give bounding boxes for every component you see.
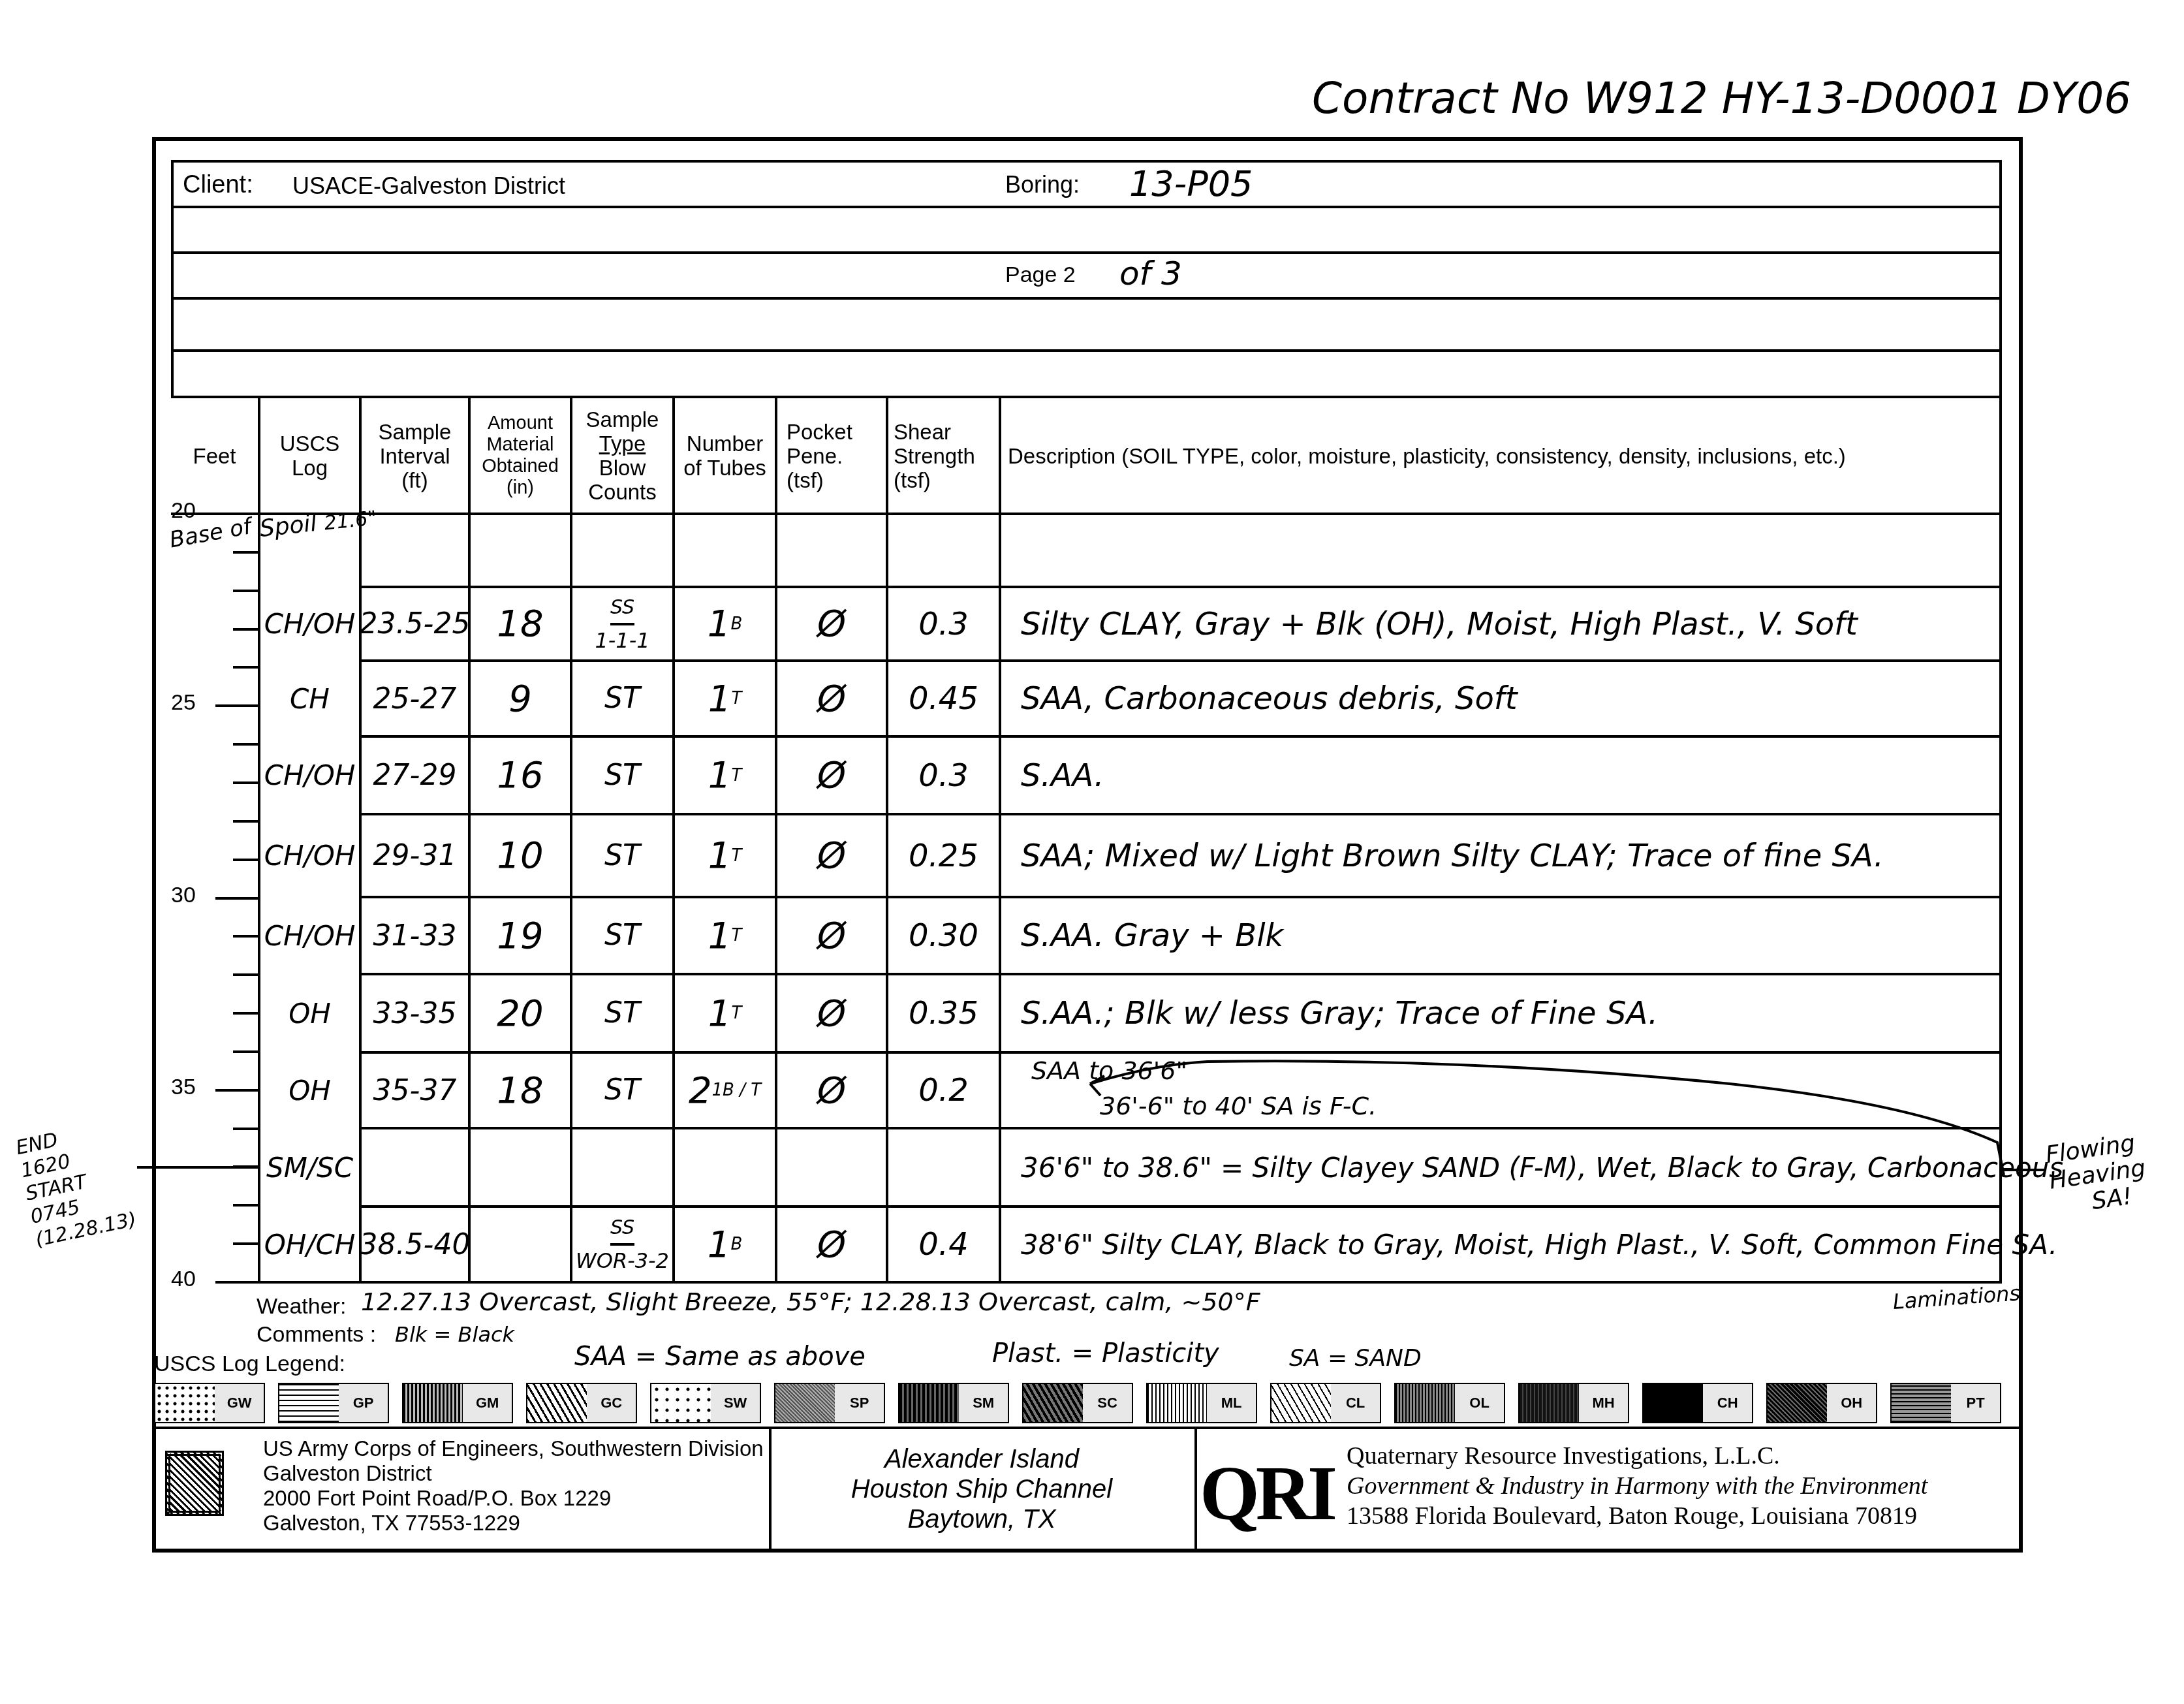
legend-item-sw: SW (650, 1383, 761, 1423)
cell-pocket: Ø (777, 588, 886, 659)
legend-code: GW (215, 1384, 264, 1422)
header-divider (171, 206, 2002, 208)
cell-pocket: Ø (777, 1054, 886, 1127)
cell-description: SAA; Mixed w/ Light Brown Silty CLAY; Tr… (1021, 815, 1993, 896)
cell-tubes: 1T (675, 975, 775, 1051)
cell-interval: 27-29 (362, 738, 468, 813)
cell-type (572, 1129, 672, 1205)
cell-interval: 23.5-25 (362, 588, 468, 659)
cell-amount (471, 1208, 570, 1281)
legend-code: GM (463, 1384, 512, 1422)
table-bottom (258, 1281, 2002, 1284)
depth-tick (215, 704, 258, 707)
depth-tick (233, 973, 258, 976)
depth-tick (233, 590, 258, 592)
cell-shear (888, 1129, 999, 1205)
boring-label: Boring: (1005, 171, 1080, 198)
legend-item-gm: GM (402, 1383, 513, 1423)
cell-type: SS1-1-1 (572, 588, 672, 659)
legend-swatch-diag-dark (1023, 1384, 1083, 1422)
col-shear-strength: ShearStrength(tsf) (888, 403, 999, 508)
cell-pocket (777, 515, 886, 586)
depth-tick (233, 820, 258, 823)
abbrev-sand: SA = SAND (1289, 1345, 1422, 1372)
depth-tick (233, 628, 258, 631)
cell-pocket: Ø (777, 815, 886, 896)
legend-code: OL (1455, 1384, 1504, 1422)
cell-pocket: Ø (777, 738, 886, 813)
left-margin-note: END 1620 START 0745 (12.28.13) (14, 1116, 140, 1252)
cell-tubes (675, 515, 775, 586)
cell-amount: 18 (471, 1054, 570, 1127)
cell-tubes: 1T (675, 662, 775, 735)
footer-divider (152, 1427, 2023, 1429)
legend-item-pt: PT (1890, 1383, 2001, 1423)
cell-shear: 0.2 (888, 1054, 999, 1127)
legend-code: GC (587, 1384, 636, 1422)
cell-interval: 35-37 (362, 1054, 468, 1127)
cell-amount (471, 1129, 570, 1205)
legend-swatch-grid (279, 1384, 339, 1422)
legend-label: USCS Log Legend: (154, 1351, 345, 1377)
depth-tick (233, 1204, 258, 1207)
legend-swatch-vert-dense (403, 1384, 463, 1422)
depth-tick (215, 513, 258, 515)
cell-type: ST (572, 975, 672, 1051)
legend-swatch-mesh (1396, 1384, 1455, 1422)
legend-swatch-horiz-lines (1892, 1384, 1951, 1422)
client-value: USACE-Galveston District (292, 172, 565, 200)
depth-label: 40 (171, 1267, 196, 1292)
legend-swatch-diag (527, 1384, 587, 1422)
cell-type: ST (572, 1054, 672, 1127)
cell-type (572, 515, 672, 586)
cell-pocket: Ø (777, 1208, 886, 1281)
cell-description: S.AA. Gray + Blk (1021, 898, 1993, 973)
header-divider (171, 349, 2002, 352)
depth-tick (215, 1089, 258, 1092)
legend-code: PT (1951, 1384, 2000, 1422)
depth-label: 30 (171, 883, 196, 908)
cell-shear: 0.3 (888, 588, 999, 659)
right-margin-line (2001, 1169, 2046, 1171)
legend-swatch-dots-sparse (651, 1384, 711, 1422)
comments-value: Blk = Black (395, 1322, 514, 1347)
cell-pocket: Ø (777, 975, 886, 1051)
legend-swatch-vert-dark (899, 1384, 959, 1422)
legend-swatch-diag-lines (1271, 1384, 1331, 1422)
cell-uscs: OH/CH (260, 1208, 359, 1281)
cell-description: Silty CLAY, Gray + Blk (OH), Moist, High… (1021, 588, 1993, 659)
col-description: Description (SOIL TYPE, color, moisture,… (1001, 403, 1999, 508)
depth-label: 20 (171, 498, 196, 524)
depth-label: 35 (171, 1075, 196, 1100)
usace-castle-logo (165, 1451, 224, 1516)
legend-code: CL (1331, 1384, 1380, 1422)
client-label: Client: (183, 171, 253, 199)
legend-code: SC (1083, 1384, 1132, 1422)
cell-uscs: SM/SC (260, 1129, 359, 1205)
cell-interval: 38.5-40 (362, 1208, 468, 1281)
cell-interval: 31-33 (362, 898, 468, 973)
arrow-annotation (1077, 1045, 2023, 1188)
qri-address: Quaternary Resource Investigations, L.L.… (1347, 1441, 1927, 1531)
cell-tubes: 1B (675, 588, 775, 659)
col-uscs-log: USCSLog (260, 403, 359, 508)
cell-type: ST (572, 738, 672, 813)
cell-description: S.AA. (1021, 738, 1993, 813)
cell-type: ST (572, 662, 672, 735)
legend-swatch-dots (155, 1384, 215, 1422)
abbrev-plast: Plast. = Plasticity (992, 1338, 1219, 1368)
cell-interval (362, 1129, 468, 1205)
weather-label: Weather: (257, 1294, 346, 1319)
legend-item-ml: ML (1146, 1383, 1257, 1423)
cell-amount: 19 (471, 898, 570, 973)
col-feet: Feet (171, 403, 258, 508)
legend-swatch-vert-lines (1147, 1384, 1207, 1422)
depth-tick (233, 743, 258, 746)
depth-tick (233, 666, 258, 669)
cell-uscs: CH/OH (260, 815, 359, 896)
legend-item-cl: CL (1270, 1383, 1381, 1423)
cell-uscs: CH/OH (260, 588, 359, 659)
cell-amount: 18 (471, 588, 570, 659)
col-pocket-pene: PocketPene.(tsf) (777, 403, 886, 508)
cell-interval (362, 515, 468, 586)
cell-shear: 0.45 (888, 662, 999, 735)
footer-col-divider (1194, 1427, 1197, 1553)
depth-tick (233, 1242, 258, 1245)
cell-type: ST (572, 898, 672, 973)
cell-shear (888, 515, 999, 586)
cell-type: ST (572, 815, 672, 896)
col-sample-type: SampleTypeBlowCounts (572, 403, 672, 508)
legend-item-sc: SC (1022, 1383, 1133, 1423)
legend-code: SW (711, 1384, 760, 1422)
cell-amount: 20 (471, 975, 570, 1051)
col-amount: AmountMaterialObtained(in) (471, 403, 570, 508)
cell-amount: 9 (471, 662, 570, 735)
cell-tubes: 1T (675, 898, 775, 973)
header-divider (171, 297, 2002, 300)
cell-type: SSWOR-3-2 (572, 1208, 672, 1281)
page-label: Page 2 (1005, 262, 1076, 288)
cell-uscs: OH (260, 975, 359, 1051)
depth-label: 25 (171, 690, 196, 716)
cell-shear: 0.3 (888, 738, 999, 813)
cell-shear: 0.30 (888, 898, 999, 973)
cell-pocket: Ø (777, 662, 886, 735)
cell-interval: 25-27 (362, 662, 468, 735)
depth-tick (233, 859, 258, 861)
page-of: of 3 (1119, 255, 1182, 292)
legend-item-ol: OL (1394, 1383, 1505, 1423)
legend-code: ML (1207, 1384, 1256, 1422)
legend-code: GP (339, 1384, 388, 1422)
cell-shear: 0.25 (888, 815, 999, 896)
legend-item-ch: CH (1642, 1383, 1753, 1423)
contract-number: Contract No W912 HY-13-D0001 DY06 (1312, 73, 2131, 123)
cell-amount: 16 (471, 738, 570, 813)
cell-description (1021, 515, 1993, 586)
cell-amount: 10 (471, 815, 570, 896)
depth-tick (233, 1128, 258, 1130)
weather-value: 12.27.13 Overcast, Slight Breeze, 55°F; … (361, 1287, 1260, 1316)
cell-uscs: OH (260, 1054, 359, 1127)
project-location: Alexander Island Houston Ship Channel Ba… (769, 1444, 1194, 1534)
legend-item-mh: MH (1518, 1383, 1629, 1423)
depth-tick (215, 1281, 258, 1284)
cell-description: 38'6" Silty CLAY, Black to Gray, Moist, … (1021, 1208, 1993, 1281)
cell-interval: 33-35 (362, 975, 468, 1051)
right-margin-note: Flowing Heaving SA! (2044, 1129, 2151, 1220)
depth-tick (233, 781, 258, 784)
cell-tubes: 21B / T (675, 1054, 775, 1127)
legend-swatch-black (1644, 1384, 1703, 1422)
cell-amount (471, 515, 570, 586)
cell-shear: 0.4 (888, 1208, 999, 1281)
legend-swatch-fine-gray (775, 1384, 835, 1422)
boring-value: 13-P05 (1129, 163, 1253, 204)
cell-uscs: CH (260, 662, 359, 735)
legend-item-gc: GC (526, 1383, 637, 1423)
cell-uscs: CH/OH (260, 738, 359, 813)
depth-tick (233, 935, 258, 938)
legend-swatch-dark-gray (1520, 1384, 1579, 1422)
legend-item-sm: SM (898, 1383, 1009, 1423)
cell-tubes: 1B (675, 1208, 775, 1281)
legend-code: OH (1827, 1384, 1876, 1422)
cell-pocket (777, 1129, 886, 1205)
legend-item-sp: SP (774, 1383, 885, 1423)
cell-interval: 29-31 (362, 815, 468, 896)
comments-label: Comments : (257, 1322, 376, 1348)
cell-tubes (675, 1129, 775, 1205)
abbrev-saa: SAA = Same as above (574, 1342, 866, 1372)
legend-item-oh: OH (1766, 1383, 1877, 1423)
depth-tick (233, 1012, 258, 1015)
cell-tubes: 1T (675, 815, 775, 896)
cell-uscs: CH/OH (260, 898, 359, 973)
depth-tick (233, 1050, 258, 1053)
col-divider (999, 398, 1001, 1281)
header-divider (171, 251, 2002, 254)
col-sample-interval: SampleInterval(ft) (362, 403, 468, 508)
col-tubes: Numberof Tubes (675, 403, 775, 508)
legend-swatch-cross-dark (1768, 1384, 1827, 1422)
cell-shear: 0.35 (888, 975, 999, 1051)
legend-item-gp: GP (278, 1383, 389, 1423)
depth-tick (215, 897, 258, 900)
legend-item-gw: GW (154, 1383, 265, 1423)
legend-code: MH (1579, 1384, 1628, 1422)
cell-tubes: 1T (675, 738, 775, 813)
cell-description: S.AA.; Blk w/ less Gray; Trace of Fine S… (1021, 975, 1993, 1051)
left-margin-line (137, 1166, 260, 1169)
legend-code: CH (1703, 1384, 1752, 1422)
cell-pocket: Ø (777, 898, 886, 973)
cell-description: SAA, Carbonaceous debris, Soft (1021, 662, 1993, 735)
depth-tick (233, 551, 258, 554)
legend-code: SP (835, 1384, 884, 1422)
qri-logo: QRI (1200, 1449, 1334, 1538)
legend-code: SM (959, 1384, 1008, 1422)
usace-address: US Army Corps of Engineers, Southwestern… (263, 1436, 764, 1536)
